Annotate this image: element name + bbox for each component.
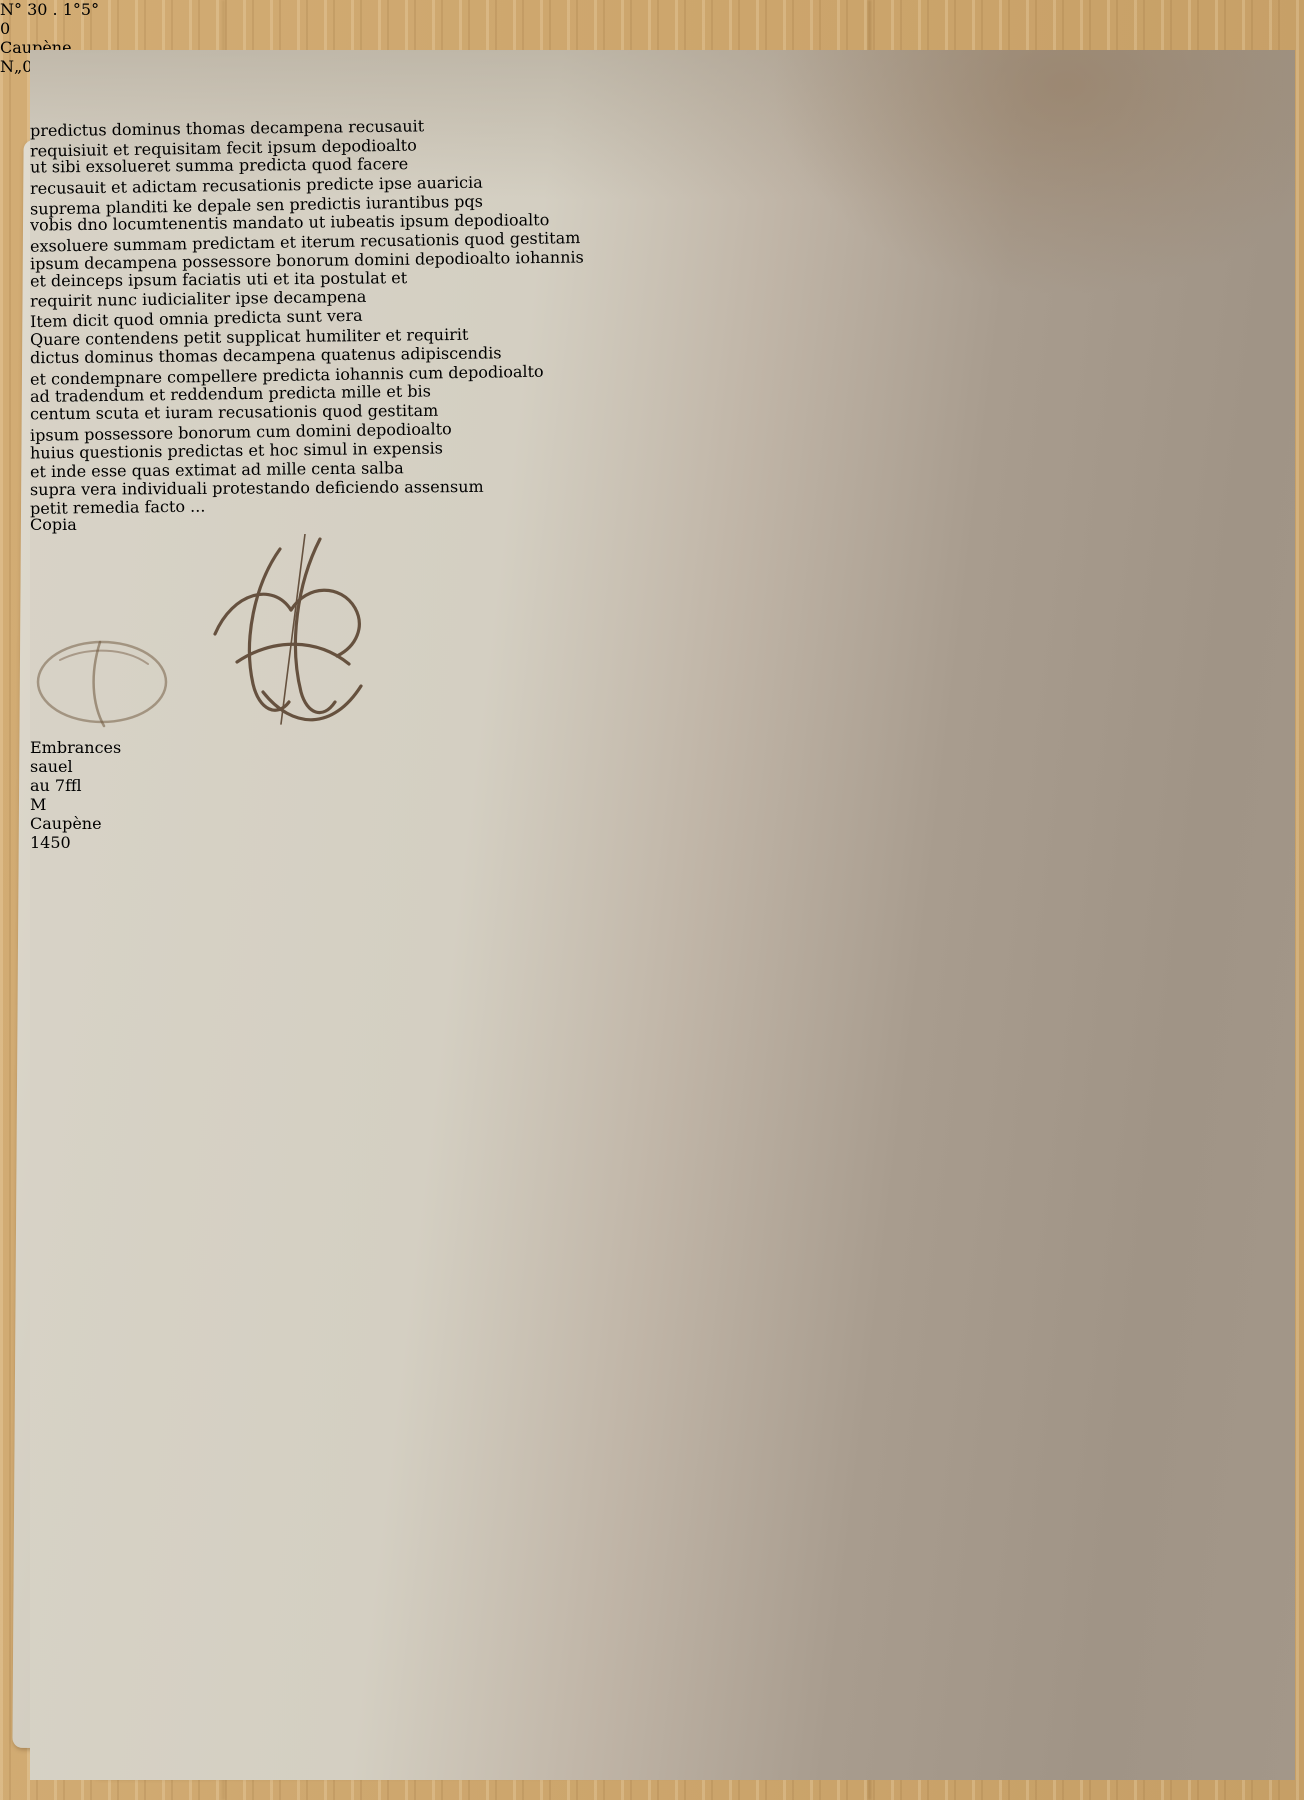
notary-monogram — [185, 534, 375, 734]
manuscript-text-block: predictus dominus thomas decampena recus… — [30, 116, 1295, 515]
ink-spot — [30, 95, 44, 107]
ink-spot — [30, 62, 42, 74]
reversed-place-name: Caupène — [30, 814, 1295, 833]
ink-spot — [30, 50, 44, 62]
ink-spot — [30, 74, 40, 84]
reversed-notary-mark: M — [30, 795, 1295, 814]
label-reference: N° 30 . 1°5° — [0, 0, 1304, 19]
ink-spot — [30, 107, 39, 116]
manuscript-photo: predictus dominus thomas decampena recus… — [0, 0, 1304, 1800]
notary-note-right-line1: sauel — [30, 757, 1295, 776]
ink-spot — [30, 84, 43, 95]
notary-note-right-line2: au 7ffl — [30, 776, 1295, 795]
notary-note-left: Embrances — [30, 738, 1295, 757]
struck-letter: N — [0, 57, 14, 76]
archival-label: N° 30 . 1°5° 0 Caupène — [0, 0, 1304, 57]
notary-note-right: sauel au 7ffl — [30, 757, 1295, 795]
paraph-flourish — [30, 634, 180, 734]
copia-note: Copia — [30, 515, 1295, 534]
reversed-year: 1450 — [30, 833, 1295, 852]
manuscript-sheet: predictus dominus thomas decampena recus… — [30, 50, 1295, 1780]
label-mark: 0 — [0, 19, 1304, 38]
